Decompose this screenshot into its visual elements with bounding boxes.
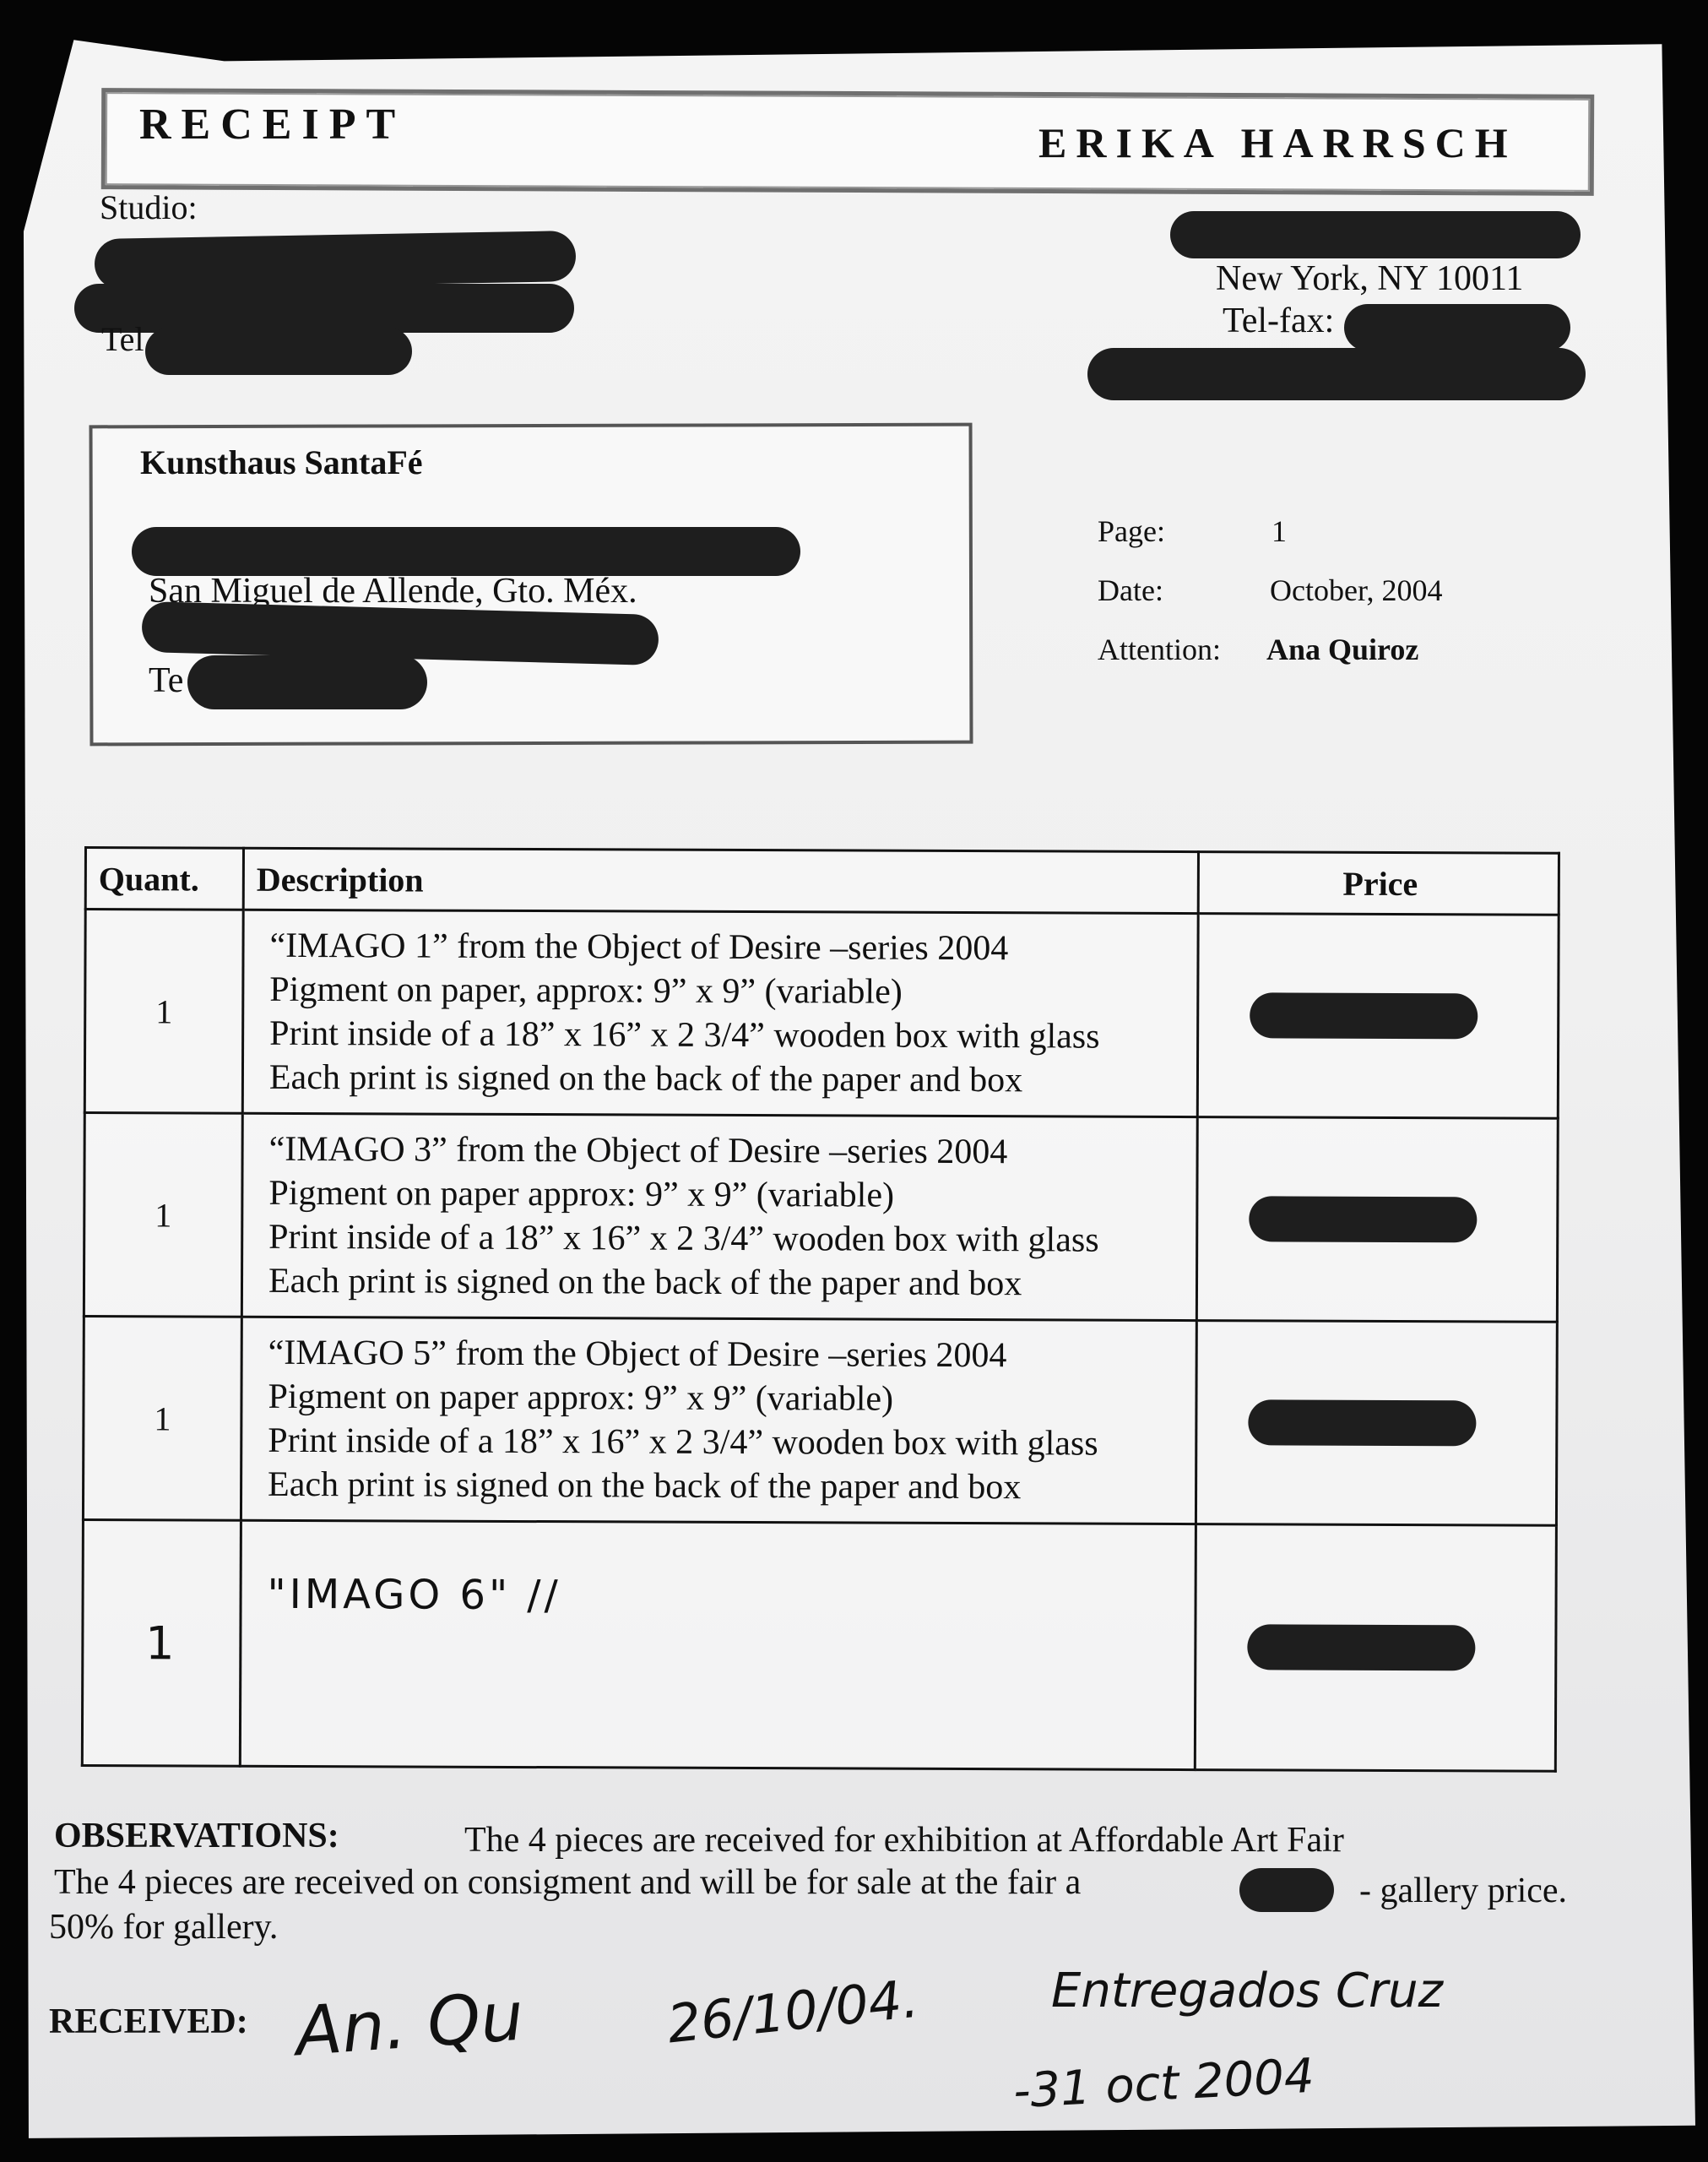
attention-value: Ana Quiroz xyxy=(1266,632,1418,667)
page-value: 1 xyxy=(1272,513,1287,549)
redaction-price xyxy=(1247,1624,1475,1670)
row-description: “IMAGO 5” from the Object of Desire –ser… xyxy=(241,1317,1196,1524)
redaction-studio-address-2 xyxy=(74,284,574,333)
observations-line-3: 50% for gallery. xyxy=(49,1907,278,1947)
row-price xyxy=(1197,914,1559,1119)
description-line: Print inside of a 18” x 16” x 2 3/4” woo… xyxy=(269,1012,1185,1059)
row-quantity: 1 xyxy=(84,910,243,1114)
observations-line-1: The 4 pieces are received for exhibition… xyxy=(464,1820,1344,1861)
description-line: Print inside of a 18” x 16” x 2 3/4” woo… xyxy=(268,1419,1183,1466)
received-label: RECEIVED: xyxy=(49,2002,248,2042)
table-row: 1 "IMAGO 6" // xyxy=(82,1519,1556,1771)
redaction-gallery-price xyxy=(1239,1868,1334,1912)
description-line: Pigment on paper, approx: 9” x 9” (varia… xyxy=(269,968,1185,1015)
redaction-price xyxy=(1248,1399,1476,1446)
row-price xyxy=(1195,1524,1556,1772)
column-header-quantity: Quant. xyxy=(85,848,243,910)
description-line: “IMAGO 3” from the Object of Desire –ser… xyxy=(269,1127,1185,1175)
studio-telfax-label: Tel-fax: xyxy=(1223,301,1334,341)
table-row: 1 “IMAGO 5” from the Object of Desire –s… xyxy=(83,1317,1557,1526)
column-header-price: Price xyxy=(1198,852,1559,915)
row-price xyxy=(1196,1117,1558,1323)
date-label: Date: xyxy=(1098,573,1163,608)
description-line: Print inside of a 18” x 16” x 2 3/4” woo… xyxy=(268,1215,1184,1263)
redaction-studio-email xyxy=(1087,348,1586,400)
row-price xyxy=(1196,1321,1557,1526)
redaction-client-street xyxy=(132,527,800,576)
page-label: Page: xyxy=(1098,513,1165,549)
redaction-client-tel xyxy=(187,655,427,709)
table-row: 1 “IMAGO 3” from the Object of Desire –s… xyxy=(84,1113,1558,1323)
redaction-studio-address-1 xyxy=(95,231,577,290)
observations-line-2: The 4 pieces are received on consigment … xyxy=(54,1862,1081,1903)
document-title: RECEIPT xyxy=(139,100,405,149)
row-quantity: 1 xyxy=(82,1519,241,1766)
client-tel-label: Te xyxy=(149,660,183,701)
studio-city-line: New York, NY 10011 xyxy=(1216,258,1523,299)
row-description: “IMAGO 1” from the Object of Desire –ser… xyxy=(242,910,1198,1116)
items-table: Quant. Description Price 1 “IMAGO 1” fro… xyxy=(81,846,1560,1773)
table-header-row: Quant. Description Price xyxy=(85,848,1559,915)
delivered-note: Entregados Cruz xyxy=(1051,1964,1443,2018)
description-line: Each print is signed on the back of the … xyxy=(268,1463,1183,1510)
column-header-description: Description xyxy=(243,848,1198,913)
row-quantity: 1 xyxy=(83,1317,241,1521)
table-row: 1 “IMAGO 1” from the Object of Desire –s… xyxy=(84,910,1559,1119)
row-quantity: 1 xyxy=(84,1113,242,1317)
row-description: “IMAGO 3” from the Object of Desire –ser… xyxy=(241,1113,1197,1320)
redaction-price xyxy=(1249,1196,1477,1242)
description-line: Pigment on paper approx: 9” x 9” (variab… xyxy=(268,1171,1184,1219)
date-value: October, 2004 xyxy=(1270,573,1443,608)
description-line: “IMAGO 5” from the Object of Desire –ser… xyxy=(268,1331,1184,1378)
receiver-signature: An. Qu xyxy=(293,1977,526,2072)
redaction-price xyxy=(1250,992,1478,1039)
redaction-studio-street xyxy=(1170,211,1581,258)
description-line: Pigment on paper approx: 9” x 9” (variab… xyxy=(268,1375,1183,1422)
redaction-studio-telfax xyxy=(1344,304,1570,351)
description-line: Each print is signed on the back of the … xyxy=(268,1259,1184,1306)
observations-heading: OBSERVATIONS: xyxy=(54,1816,339,1856)
row-description-handwritten: "IMAGO 6" // xyxy=(240,1520,1196,1769)
studio-label: Studio: xyxy=(100,187,198,227)
redaction-studio-tel xyxy=(145,328,412,375)
attention-label: Attention: xyxy=(1098,632,1221,667)
studio-tel-label: Tel xyxy=(101,319,144,359)
observations-line-2-end: - gallery price. xyxy=(1359,1871,1567,1911)
description-line: Each print is signed on the back of the … xyxy=(269,1056,1185,1103)
description-line: “IMAGO 1” from the Object of Desire –ser… xyxy=(269,924,1185,971)
artist-name: ERIKA HARRSCH xyxy=(1038,118,1517,167)
client-name: Kunsthaus SantaFé xyxy=(140,443,423,482)
